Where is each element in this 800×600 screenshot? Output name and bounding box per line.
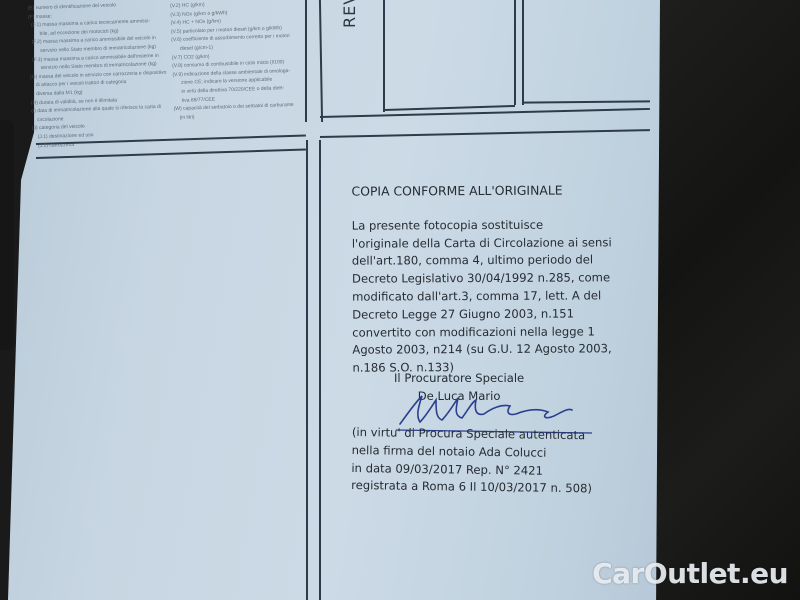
- frame-line: [514, 0, 516, 105]
- body-line: convertito con modificazioni nella legge…: [352, 323, 612, 342]
- fabric-edge: [0, 120, 14, 350]
- frame-line: [319, 140, 321, 600]
- car-seat-fabric: [640, 0, 800, 600]
- frame-line: [383, 0, 385, 112]
- document-heading: COPIA CONFORME ALL'ORIGINALE: [351, 181, 611, 200]
- body-line: modificato dall'art.3, comma 17, lett. A…: [352, 287, 612, 306]
- body-line: La presente fotocopia sostituisce: [352, 216, 612, 235]
- body-line: Agosto 2003, n214 (su G.U. 12 Agosto 200…: [352, 341, 612, 360]
- body-line: l'originale della Carta di Circolazione …: [352, 234, 612, 253]
- notary-footnote: (in virtu' di Procura Speciale autentica…: [351, 424, 593, 499]
- left-column-fields: (E) numero di identificazione del veicol…: [27, 0, 168, 150]
- body-line: Decreto Legislativo 30/04/1992 n.285, co…: [352, 270, 612, 289]
- rev-label: REV: [340, 0, 359, 28]
- frame-line: [522, 0, 524, 105]
- caroutlet-watermark: CarOutlet.eu: [592, 557, 788, 590]
- frame-line: [306, 140, 308, 600]
- certification-text: COPIA CONFORME ALL'ORIGINALE La presente…: [351, 181, 612, 377]
- footnote-line: registrata a Roma 6 Il 10/03/2017 n. 508…: [351, 477, 592, 498]
- body-line: dell'art.180, comma 4, ultimo periodo de…: [352, 252, 612, 271]
- middle-column-fields: (V.2) HC (g/km) (V.3) NOx (g/km o g/kWh)…: [170, 0, 294, 122]
- frame-line: [305, 0, 307, 122]
- body-line: Decreto Legge 27 Giugno 2003, n.151: [352, 305, 612, 324]
